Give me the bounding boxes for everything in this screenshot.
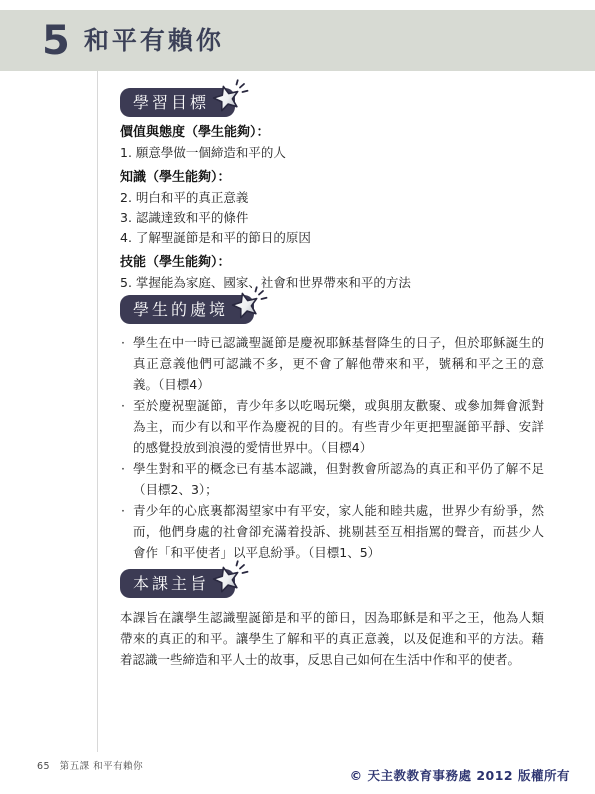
situation-badge: 學生的處境	[120, 295, 254, 324]
star-burst-icon	[228, 285, 270, 325]
situation-bullet: · 至於慶祝聖誕節，青少年多以吃喝玩樂，或與朋友歡聚、或參加舞會派對為主，而少有…	[120, 395, 544, 458]
situation-badge-label: 學生的處境	[133, 300, 228, 319]
left-vertical-rule	[97, 71, 98, 752]
star-burst-icon	[209, 78, 251, 118]
theme-paragraph: 本課旨在讓學生認識聖誕節是和平的節日，因為耶穌是和平之王，他為人類帶來的真正的和…	[120, 607, 544, 670]
content-column: 學習目標	[120, 88, 544, 670]
lesson-number: 5	[42, 21, 70, 61]
objective-item: 3. 認識達致和平的條件	[120, 208, 544, 228]
situation-bullet: · 學生對和平的概念已有基本認識，但對教會所認為的真正和平仍了解不足（目標2、3…	[120, 458, 544, 500]
page-number: 65	[37, 761, 50, 772]
footer-page-info: 65 第五課 和平有賴你	[37, 758, 143, 772]
objectives-badge-label: 學習目標	[133, 93, 209, 112]
objectives-group-skills: 技能（學生能夠）： 5. 掌握能為家庭、國家、社會和世界帶來和平的方法	[120, 253, 544, 293]
situation-bullet: · 學生在中一時已認識聖誕節是慶祝耶穌基督降生的日子，但於耶穌誕生的真正意義他們…	[120, 332, 544, 395]
footer-chapter-title: 第五課 和平有賴你	[60, 761, 144, 772]
star-burst-icon	[209, 559, 251, 599]
objective-item: 1. 願意學做一個締造和平的人	[120, 143, 544, 163]
objectives-group-heading: 知識（學生能夠）：	[120, 168, 544, 188]
situation-bullet: · 青少年的心底裏都渴望家中有平安，家人能和睦共處，世界少有紛爭，然而，他們身處…	[120, 500, 544, 563]
objectives-section-header: 學習目標	[120, 88, 544, 117]
situation-bullet-text: 學生在中一時已認識聖誕節是慶祝耶穌基督降生的日子，但於耶穌誕生的真正意義他們可認…	[133, 332, 544, 395]
objectives-group-values: 價值與態度（學生能夠）： 1. 願意學做一個締造和平的人	[120, 123, 544, 163]
objectives-badge: 學習目標	[120, 88, 235, 117]
objective-item: 2. 明白和平的真正意義	[120, 188, 544, 208]
situation-bullet-text: 學生對和平的概念已有基本認識，但對教會所認為的真正和平仍了解不足（目標2、3）；	[133, 458, 544, 500]
objective-item: 5. 掌握能為家庭、國家、社會和世界帶來和平的方法	[120, 273, 544, 293]
bullet-marker: ·	[121, 500, 125, 521]
objectives-group-knowledge: 知識（學生能夠）： 2. 明白和平的真正意義 3. 認識達致和平的條件 4. 了…	[120, 168, 544, 248]
situation-bullet-text: 青少年的心底裏都渴望家中有平安，家人能和睦共處，世界少有紛爭，然而，他們身處的社…	[133, 500, 544, 563]
bullet-marker: ·	[121, 458, 125, 479]
objectives-group-heading: 技能（學生能夠）：	[120, 253, 544, 273]
lesson-header-band: 5 和平有賴你	[0, 10, 595, 71]
situation-section-header: 學生的處境	[120, 295, 544, 324]
objective-item: 4. 了解聖誕節是和平的節日的原因	[120, 228, 544, 248]
objectives-group-heading: 價值與態度（學生能夠）：	[120, 123, 544, 143]
situation-bullet-list: · 學生在中一時已認識聖誕節是慶祝耶穌基督降生的日子，但於耶穌誕生的真正意義他們…	[120, 332, 544, 563]
situation-bullet-text: 至於慶祝聖誕節，青少年多以吃喝玩樂，或與朋友歡聚、或參加舞會派對為主，而少有以和…	[133, 395, 544, 458]
theme-badge-label: 本課主旨	[133, 574, 209, 593]
bullet-marker: ·	[121, 332, 125, 353]
bullet-marker: ·	[121, 395, 125, 416]
footer-copyright: © 天主教教育事務處 2012 版權所有	[350, 766, 570, 784]
theme-section-header: 本課主旨	[120, 569, 544, 598]
objectives-list: 價值與態度（學生能夠）： 1. 願意學做一個締造和平的人 知識（學生能夠）： 2…	[120, 123, 544, 293]
theme-badge: 本課主旨	[120, 569, 235, 598]
lesson-title: 和平有賴你	[84, 28, 224, 53]
